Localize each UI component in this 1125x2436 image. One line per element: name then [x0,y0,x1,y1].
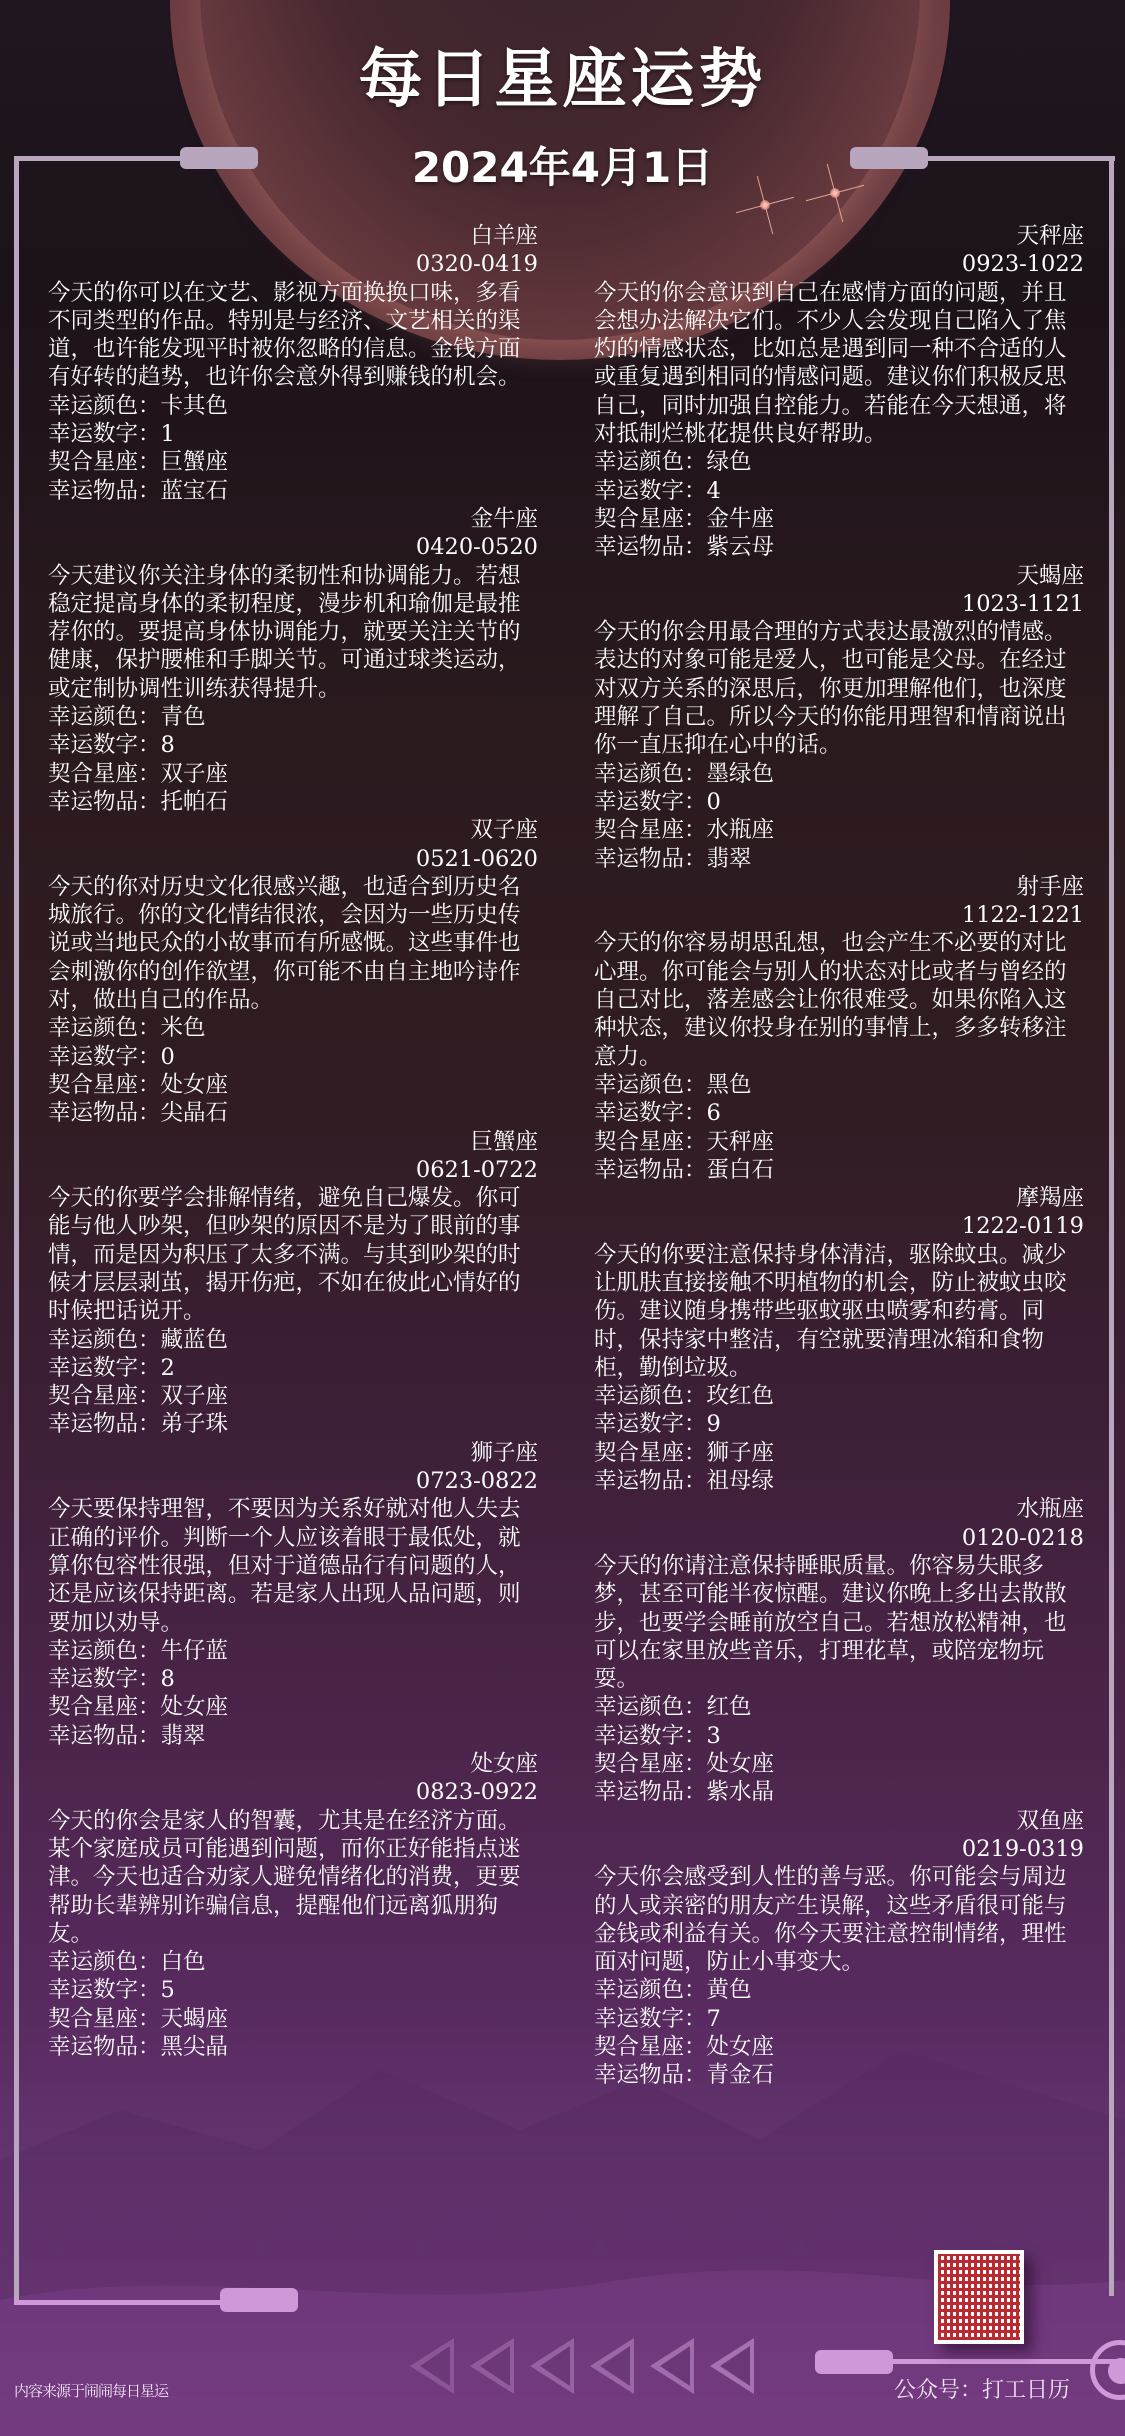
sign-card-gemini: 双子座 0521-0620 今天的你对历史文化很感兴趣，也适合到历史名城旅行。你… [48,816,538,1127]
sign-date-range: 0120-0218 [594,1524,1084,1552]
matching-sign: 契合星座：狮子座 [594,1439,1084,1467]
sign-description: 今天的你请注意保持睡眠质量。你容易失眠多梦，甚至可能半夜惊醒。建议你晚上多出去散… [594,1552,1084,1693]
matching-sign: 契合星座：处女座 [594,1750,1084,1778]
sign-name: 狮子座 [48,1439,538,1467]
sign-date-range: 1023-1121 [594,590,1084,618]
qr-code[interactable] [934,2250,1024,2344]
frame-bottom-left [14,2300,224,2305]
lucky-item: 幸运物品：尖晶石 [48,1099,538,1127]
sign-card-sagittarius: 射手座 1122-1221 今天的你容易胡思乱想，也会产生不必要的对比心理。你可… [594,873,1084,1184]
matching-sign: 契合星座：水瓶座 [594,816,1084,844]
sign-description: 今天的你会是家人的智囊，尤其是在经济方面。某个家庭成员可能遇到问题，而你正好能指… [48,1807,538,1948]
content-source: 内容来源于闹闹每日星运 [14,2380,168,2401]
lucky-color: 幸运颜色：青色 [48,703,538,731]
lucky-number: 幸运数字：8 [48,1665,538,1693]
sign-date-range: 0521-0620 [48,845,538,873]
left-arrow-icon [710,2338,754,2394]
lucky-number: 幸运数字：3 [594,1722,1084,1750]
lucky-item: 幸运物品：青金石 [594,2061,1084,2089]
matching-sign: 契合星座：双子座 [48,1382,538,1410]
lucky-number: 幸运数字：6 [594,1099,1084,1127]
lucky-number: 幸运数字：0 [48,1043,538,1071]
left-arrow-icon [650,2338,694,2394]
sign-description: 今天的你容易胡思乱想，也会产生不必要的对比心理。你可能会与别人的状态对比或者与曾… [594,929,1084,1070]
sign-card-aries: 白羊座 0320-0419 今天的你可以在文艺、影视方面换换口味，多看不同类型的… [48,222,538,505]
lucky-color: 幸运颜色：牛仔蓝 [48,1637,538,1665]
sign-description: 今天建议你关注身体的柔韧性和协调能力。若想稳定提高身体的柔韧程度，漫步机和瑜伽是… [48,562,538,703]
sign-date-range: 0923-1022 [594,250,1084,278]
frame-pill [220,2288,298,2312]
lucky-number: 幸运数字：7 [594,2005,1084,2033]
sign-name: 双子座 [48,816,538,844]
lucky-item: 幸运物品：黑尖晶 [48,2033,538,2061]
sign-card-cancer: 巨蟹座 0621-0722 今天的你要学会排解情绪，避免自己爆发。你可能与他人吵… [48,1128,538,1439]
public-account: 公众号：打工日历 [894,2373,1070,2404]
sign-name: 双鱼座 [594,1807,1084,1835]
sign-description: 今天的你要学会排解情绪，避免自己爆发。你可能与他人吵架，但吵架的原因不是为了眼前… [48,1184,538,1325]
lucky-number: 幸运数字：9 [594,1410,1084,1438]
sign-date-range: 0621-0722 [48,1156,538,1184]
lucky-item: 幸运物品：弟子珠 [48,1410,538,1438]
matching-sign: 契合星座：处女座 [594,2033,1084,2061]
lucky-item: 幸运物品：翡翠 [48,1722,538,1750]
lucky-number: 幸运数字：1 [48,420,538,448]
qr-code-pattern [938,2254,1020,2340]
lucky-color: 幸运颜色：黑色 [594,1071,1084,1099]
sign-name: 天秤座 [594,222,1084,250]
sign-name: 射手座 [594,873,1084,901]
sign-name: 白羊座 [48,222,538,250]
lucky-color: 幸运颜色：红色 [594,1693,1084,1721]
sign-date-range: 1222-0119 [594,1212,1084,1240]
sign-date-range: 0723-0822 [48,1467,538,1495]
sign-card-virgo: 处女座 0823-0922 今天的你会是家人的智囊，尤其是在经济方面。某个家庭成… [48,1750,538,2061]
lucky-item: 幸运物品：翡翠 [594,845,1084,873]
lucky-number: 幸运数字：5 [48,1976,538,2004]
lucky-item: 幸运物品：紫水晶 [594,1778,1084,1806]
page-date: 2024年4月1日 [0,135,1125,195]
sign-date-range: 0320-0419 [48,250,538,278]
sign-card-pisces: 双鱼座 0219-0319 今天你会感受到人性的善与恶。你可能会与周边的人或亲密… [594,1807,1084,2090]
lucky-item: 幸运物品：蛋白石 [594,1156,1084,1184]
lucky-number: 幸运数字：4 [594,477,1084,505]
star-icon [760,200,770,210]
matching-sign: 契合星座：天秤座 [594,1128,1084,1156]
frame-pill [815,2350,893,2374]
sign-name: 摩羯座 [594,1184,1084,1212]
sign-column-right: 天秤座 0923-1022 今天的你会意识到自己在感情方面的问题，并且会想办法解… [594,222,1084,2090]
frame-bottom-right [890,2359,1120,2364]
lucky-number: 幸运数字：8 [48,731,538,759]
matching-sign: 契合星座：天蝎座 [48,2005,538,2033]
page-title: 每日星座运势 [0,28,1125,120]
sign-card-leo: 狮子座 0723-0822 今天要保持理智，不要因为关系好就对他人失去正确的评价… [48,1439,538,1750]
left-arrow-icon [470,2338,514,2394]
sign-date-range: 0823-0922 [48,1778,538,1806]
lucky-number: 幸运数字：2 [48,1354,538,1382]
sign-description: 今天的你对历史文化很感兴趣，也适合到历史名城旅行。你的文化情结很浓，会因为一些历… [48,873,538,1014]
lucky-color: 幸运颜色：米色 [48,1014,538,1042]
sign-date-range: 0420-0520 [48,533,538,561]
matching-sign: 契合星座：金牛座 [594,505,1084,533]
lucky-color: 幸运颜色：白色 [48,1948,538,1976]
sign-description: 今天的你要注意保持身体清洁，驱除蚊虫。减少让肌肤直接接触不明植物的机会，防止被蚊… [594,1241,1084,1382]
lucky-color: 幸运颜色：玫红色 [594,1382,1084,1410]
sign-date-range: 1122-1221 [594,901,1084,929]
sign-card-aquarius: 水瓶座 0120-0218 今天的你请注意保持睡眠质量。你容易失眠多梦，甚至可能… [594,1495,1084,1806]
lucky-item: 幸运物品：紫云母 [594,533,1084,561]
sign-card-taurus: 金牛座 0420-0520 今天建议你关注身体的柔韧性和协调能力。若想稳定提高身… [48,505,538,816]
left-arrow-icon [410,2338,454,2394]
sign-name: 水瓶座 [594,1495,1084,1523]
frame-left [14,156,19,2301]
sign-name: 金牛座 [48,505,538,533]
sign-card-scorpio: 天蝎座 1023-1121 今天的你会用最合理的方式表达最激烈的情感。表达的对象… [594,562,1084,873]
sign-date-range: 0219-0319 [594,1835,1084,1863]
sign-name: 处女座 [48,1750,538,1778]
left-arrow-icon [530,2338,574,2394]
left-arrow-icon [590,2338,634,2394]
sign-name: 天蝎座 [594,562,1084,590]
lucky-item: 幸运物品：祖母绿 [594,1467,1084,1495]
lucky-color: 幸运颜色：绿色 [594,448,1084,476]
sign-card-capricorn: 摩羯座 1222-0119 今天的你要注意保持身体清洁，驱除蚊虫。减少让肌肤直接… [594,1184,1084,1495]
lucky-item: 幸运物品：托帕石 [48,788,538,816]
sign-name: 巨蟹座 [48,1128,538,1156]
lucky-color: 幸运颜色：卡其色 [48,392,538,420]
lucky-number: 幸运数字：0 [594,788,1084,816]
lucky-color: 幸运颜色：藏蓝色 [48,1326,538,1354]
lucky-color: 幸运颜色：黄色 [594,1976,1084,2004]
sign-description: 今天的你会意识到自己在感情方面的问题，并且会想办法解决它们。不少人会发现自己陷入… [594,279,1084,449]
sign-card-libra: 天秤座 0923-1022 今天的你会意识到自己在感情方面的问题，并且会想办法解… [594,222,1084,562]
sign-description: 今天你会感受到人性的善与恶。你可能会与周边的人或亲密的朋友产生误解，这些矛盾很可… [594,1863,1084,1976]
matching-sign: 契合星座：双子座 [48,760,538,788]
sign-column-left: 白羊座 0320-0419 今天的你可以在文艺、影视方面换换口味，多看不同类型的… [48,222,538,2061]
matching-sign: 契合星座：处女座 [48,1071,538,1099]
sign-description: 今天要保持理智，不要因为关系好就对他人失去正确的评价。判断一个人应该着眼于最低处… [48,1495,538,1636]
sign-description: 今天的你可以在文艺、影视方面换换口味，多看不同类型的作品。特别是与经济、文艺相关… [48,279,538,392]
frame-right [1109,156,1114,2296]
matching-sign: 契合星座：巨蟹座 [48,448,538,476]
lucky-color: 幸运颜色：墨绿色 [594,760,1084,788]
matching-sign: 契合星座：处女座 [48,1693,538,1721]
lucky-item: 幸运物品：蓝宝石 [48,477,538,505]
sign-description: 今天的你会用最合理的方式表达最激烈的情感。表达的对象可能是爱人，也可能是父母。在… [594,618,1084,759]
